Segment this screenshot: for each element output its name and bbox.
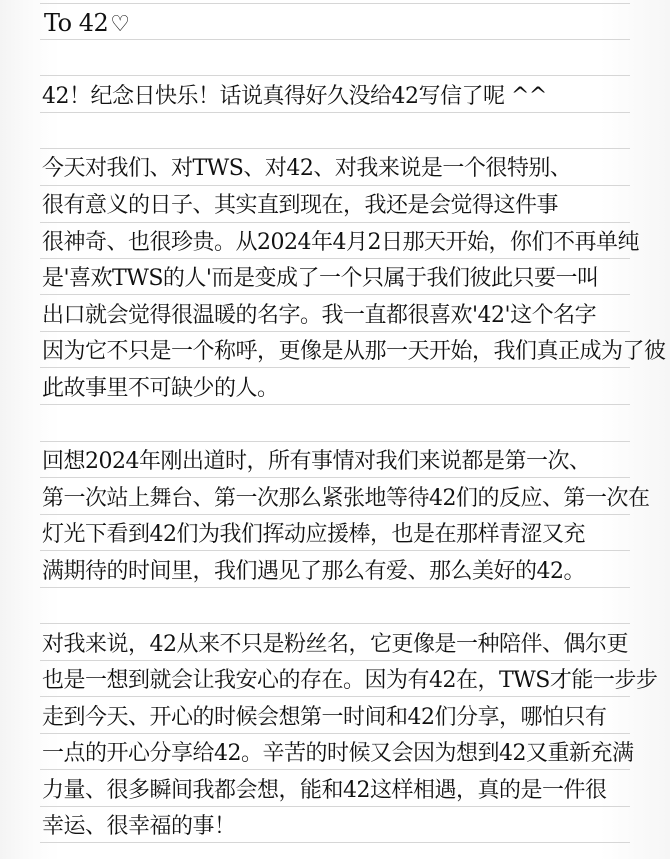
paragraph-1-line: 今天对我们、对TWS、对42、对我来说是一个很特别、 [42, 154, 571, 184]
paragraph-1-line: 很神奇、也很珍贵。从2024年4月2日那天开始，你们不再单纯 [42, 228, 639, 258]
paragraph-3-line: 走到今天、开心的时候会想第一时间和42们分享，哪怕只有 [42, 703, 607, 733]
paragraph-2-line: 满期待的时间里，我们遇见了那么有爱、那么美好的42。 [42, 557, 585, 587]
letter-title: To 42♡ [44, 8, 130, 40]
ruled-line [40, 696, 630, 697]
heart-icon: ♡ [110, 12, 129, 37]
paragraph-2-line: 第一次站上舞台、第一次那么紧张地等待42们的反应、第一次在 [42, 484, 650, 514]
ruled-line [40, 404, 630, 405]
paragraph-3-line: 幸运、很幸福的事！ [42, 812, 236, 842]
ruled-line [40, 806, 630, 807]
ruled-line [40, 112, 630, 113]
ruled-line [40, 842, 630, 843]
paragraph-3-line: 也是一想到就会让我安心的存在。因为有42在，TWS才能一步步 [42, 666, 657, 696]
paragraph-1-line: 因为它不只是一个称呼，更像是从那一天开始，我们真正成为了彼 [42, 337, 666, 367]
paragraph-1-line: 此故事里不可缺少的人。 [42, 374, 279, 404]
ruled-line [40, 623, 630, 624]
ruled-line [40, 441, 630, 442]
ruled-line [40, 769, 630, 770]
ruled-line [40, 222, 630, 223]
paragraph-3-line: 一点的开心分享给42。辛苦的时候又会因为想到42又重新充满 [42, 739, 634, 769]
paragraph-2-line: 灯光下看到42们为我们挥动应援棒，也是在那样青涩又充 [42, 520, 585, 550]
ruled-line [40, 185, 630, 186]
paragraph-3-line: 对我来说，42从来不只是粉丝名，它更像是一种陪伴、偶尔更 [42, 630, 628, 660]
ruled-paper: To 42♡ 42！纪念日快乐！话说真得好久没给42写信了呢 ^^ 今天对我们、… [0, 0, 670, 859]
paragraph-3-line: 力量、很多瞬间我都会想，能和42这样相遇，真的是一件很 [42, 776, 607, 806]
paragraph-1-line: 很有意义的日子、其实直到现在，我还是会觉得这件事 [42, 191, 558, 221]
ruled-line [40, 587, 630, 588]
ruled-line [40, 294, 630, 295]
ruled-line [40, 75, 630, 76]
paragraph-2-line: 回想2024年刚出道时，所有事情对我们来说都是第一次、 [42, 447, 591, 477]
ruled-line [40, 331, 630, 332]
greeting-line: 42！纪念日快乐！话说真得好久没给42写信了呢 ^^ [42, 82, 547, 112]
ruled-line [40, 367, 630, 368]
ruled-line [40, 148, 630, 149]
ruled-line [40, 258, 630, 259]
ruled-line [40, 477, 630, 478]
paragraph-1-line: 出口就会觉得很温暖的名字。我一直都很喜欢'42'这个名字 [42, 301, 596, 331]
ruled-line [40, 3, 630, 4]
paragraph-1-line: 是'喜欢TWS的人'而是变成了一个只属于我们彼此只要一叫 [42, 264, 598, 294]
ruled-line [40, 514, 630, 515]
ruled-line [40, 660, 630, 661]
ruled-line [40, 733, 630, 734]
ruled-line [40, 550, 630, 551]
title-text: To 42 [44, 9, 108, 37]
